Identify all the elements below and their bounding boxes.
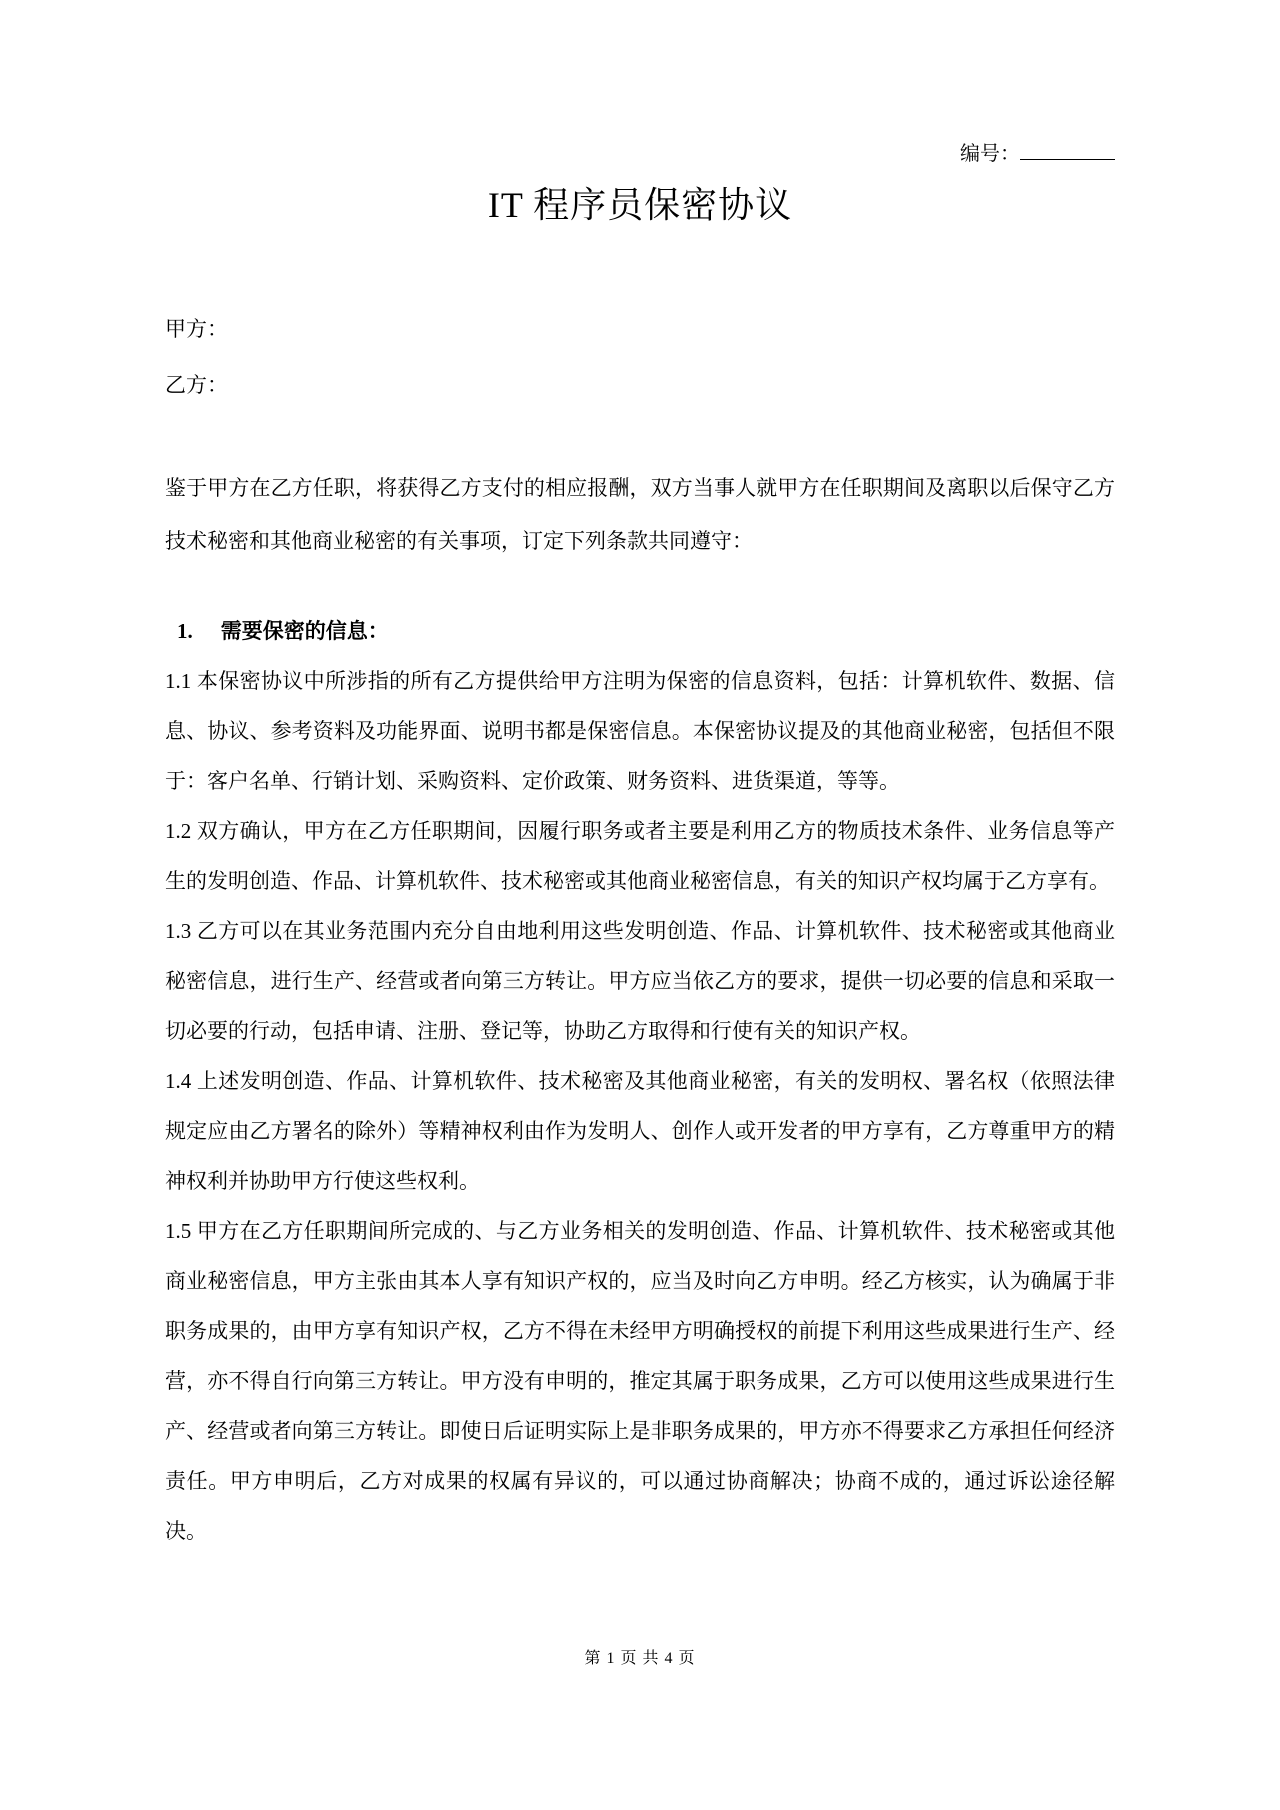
- page-title: IT 程序员保密协议: [165, 182, 1115, 228]
- clause-1-5: 1.5 甲方在乙方任职期间所完成的、与乙方业务相关的发明创造、作品、计算机软件、…: [165, 1206, 1115, 1556]
- clause-list: 1.1 本保密协议中所涉指的所有乙方提供给甲方注明为保密的信息资料，包括：计算机…: [165, 656, 1115, 1556]
- clause-1-1: 1.1 本保密协议中所涉指的所有乙方提供给甲方注明为保密的信息资料，包括：计算机…: [165, 656, 1115, 806]
- doc-number-blank: [1020, 140, 1115, 160]
- party-b-label: 乙方：: [165, 370, 1115, 400]
- section-title: 需要保密的信息：: [221, 619, 389, 643]
- document-page: 编号： IT 程序员保密协议 甲方： 乙方： 鉴于甲方在乙方任职，将获得乙方支付…: [0, 0, 1280, 1810]
- page-footer: 第 1 页 共 4 页: [0, 1645, 1280, 1668]
- clause-1-4: 1.4 上述发明创造、作品、计算机软件、技术秘密及其他商业秘密，有关的发明权、署…: [165, 1056, 1115, 1206]
- section-heading: 1.需要保密的信息：: [165, 616, 1115, 646]
- preamble-paragraph: 鉴于甲方在乙方任职，将获得乙方支付的相应报酬，双方当事人就甲方在任职期间及离职以…: [165, 462, 1115, 568]
- clause-1-2: 1.2 双方确认，甲方在乙方任职期间，因履行职务或者主要是利用乙方的物质技术条件…: [165, 806, 1115, 906]
- clause-1-3: 1.3 乙方可以在其业务范围内充分自由地利用这些发明创造、作品、计算机软件、技术…: [165, 906, 1115, 1056]
- party-a-label: 甲方：: [165, 314, 1115, 344]
- doc-number-label: 编号：: [960, 143, 1020, 165]
- section-number: 1.: [177, 619, 193, 643]
- parties-block: 甲方： 乙方：: [165, 314, 1115, 400]
- doc-number-row: 编号：: [165, 140, 1115, 168]
